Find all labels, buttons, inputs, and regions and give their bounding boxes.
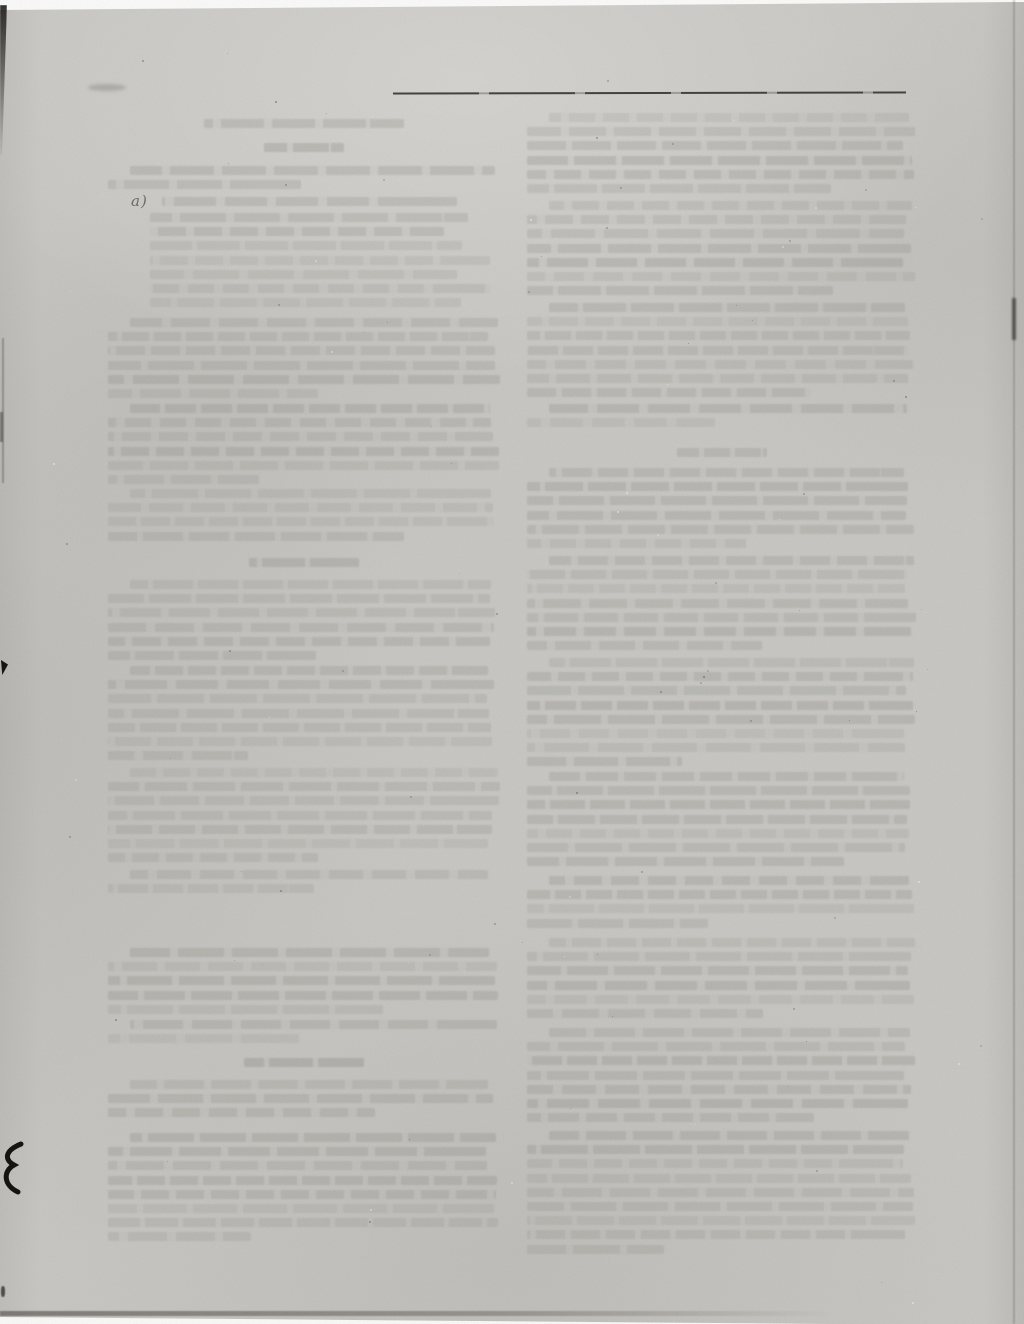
page-edge-left-nick: [0, 412, 3, 442]
ghost-paragraph: [527, 468, 916, 553]
ghost-paragraph: [162, 197, 462, 211]
ghost-paragraph: [108, 166, 500, 194]
page-edge-right-crease: [1013, 0, 1015, 1324]
ghost-paragraph: [527, 658, 916, 772]
ink-dot-mark: [1, 1286, 5, 1297]
ghost-paragraph: [527, 303, 916, 402]
ghost-paragraph: [108, 768, 500, 867]
ghost-paragraph: [108, 318, 500, 403]
ghost-heading: [204, 119, 404, 133]
ghost-paragraph: [527, 556, 916, 655]
ghost-paragraph: [527, 201, 916, 300]
scanned-page: a): [0, 0, 1024, 1324]
ghost-paragraph: [527, 938, 916, 1023]
ghost-paragraph: [108, 1080, 500, 1123]
ghost-paragraph: [108, 404, 500, 489]
ghost-paragraph: [108, 870, 500, 898]
ghost-heading: [264, 143, 344, 157]
ghost-paragraph: [108, 1020, 500, 1048]
ghost-paragraph: [527, 113, 916, 198]
binding-mark-icon: [0, 1140, 26, 1196]
ghost-heading: [244, 1058, 364, 1072]
list-marker-a: a): [131, 192, 148, 210]
ghost-paragraph: [527, 876, 916, 933]
ghost-heading: [677, 448, 767, 462]
page-edge-left-crease: [2, 338, 4, 483]
ghost-paragraph: [527, 1028, 916, 1127]
ghost-heading: [249, 558, 359, 572]
ghost-paragraph: [108, 1133, 500, 1247]
smudge-mark: [88, 84, 126, 91]
ghost-paragraph: [108, 948, 500, 1019]
ghost-paragraph: [527, 404, 916, 432]
ghost-paragraph: [150, 213, 492, 312]
ghost-paragraph: [108, 666, 500, 765]
ghost-paragraph: [108, 580, 500, 665]
ghost-paragraph: [108, 489, 500, 546]
ghost-paragraph: [527, 1131, 916, 1259]
page-edge-right-blot: [1012, 298, 1016, 340]
ghost-paragraph: [527, 772, 916, 871]
page-edge-bottom-shadow: [0, 1311, 830, 1316]
